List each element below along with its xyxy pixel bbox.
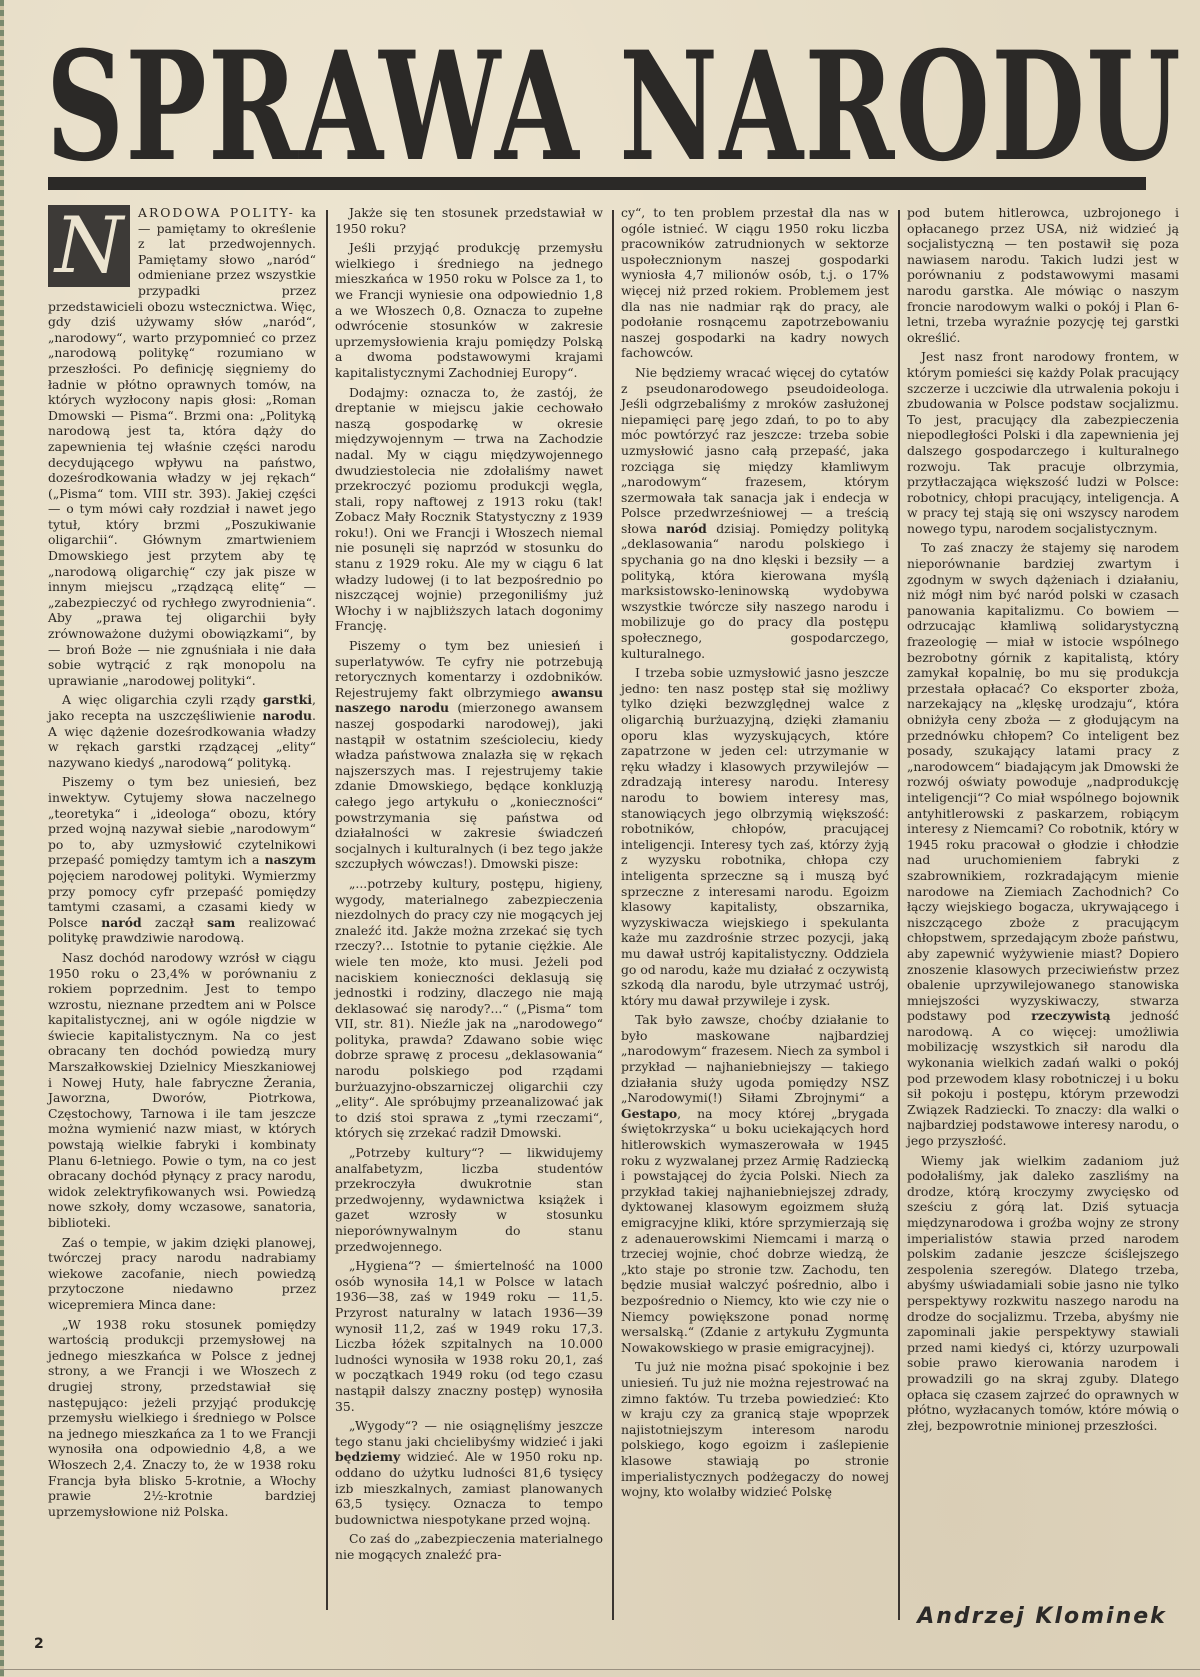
article-column-3: cy“, to ten problem przestał dla nas w o… xyxy=(621,205,889,1504)
page-bottom-edge xyxy=(0,1669,1200,1670)
column-divider xyxy=(612,210,614,1620)
paragraph: Jakże się ten stosunek przedstawiał w 19… xyxy=(335,205,603,236)
lead-caps: ARODOWA POLITY- xyxy=(138,205,295,220)
paragraph: Piszemy o tym bez uniesień, bez inwektyw… xyxy=(48,774,316,946)
emphasis: sam xyxy=(207,915,235,930)
paragraph: I trzeba sobie uzmysłowić jasno jeszcze … xyxy=(621,665,889,1008)
paragraph: Wiemy jak wielkim zadaniom już podołaliś… xyxy=(907,1153,1179,1434)
emphasis: naród xyxy=(666,521,707,536)
author-byline: Andrzej Klominek xyxy=(906,1604,1178,1629)
headline: SPRAWA NARODU xyxy=(46,42,838,172)
emphasis: garstki xyxy=(263,692,312,707)
paragraph: Nasz dochód narodowy wzrósł w ciągu 1950… xyxy=(48,950,316,1231)
paragraph: pod butem hitlerowca, uzbrojonego i opła… xyxy=(907,205,1179,345)
paragraph: Jeśli przyjąć produkcję przemysłu wielki… xyxy=(335,240,603,380)
quote-paragraph: „W 1938 roku stosunek pomiędzy wartością… xyxy=(48,1317,316,1520)
paragraph: Zaś o tempie, w jakim dzięki planowej, t… xyxy=(48,1235,316,1313)
paragraph: cy“, to ten problem przestał dla nas w o… xyxy=(621,205,889,361)
drop-cap: N xyxy=(48,205,130,287)
column-divider xyxy=(898,210,900,1620)
paragraph: Nie będziemy wracać więcej do cytatów z … xyxy=(621,365,889,661)
paragraph: Dodajmy: oznacza to, że zastój, że drept… xyxy=(335,385,603,635)
article-column-4: pod butem hitlerowca, uzbrojonego i opła… xyxy=(907,205,1179,1437)
paragraph: Piszemy o tym bez uniesień i superlatywó… xyxy=(335,638,603,872)
emphasis: naród xyxy=(101,915,142,930)
emphasis: awansu naszego narodu xyxy=(335,685,603,716)
binding-edge xyxy=(0,0,4,1677)
paragraph: „Hygiena“? — śmiertelność na 1000 osób w… xyxy=(335,1258,603,1414)
article-column-1: N ARODOWA POLITY- ka — pamiętamy to okre… xyxy=(48,205,316,1523)
paragraph: „Potrzeby kultury“? — likwidujemy analfa… xyxy=(335,1145,603,1254)
emphasis: naszym xyxy=(265,852,316,867)
emphasis: rzeczywistą xyxy=(1031,1008,1110,1023)
emphasis: będziemy xyxy=(335,1449,400,1464)
paragraph: „Wygody“? — nie osiągnęliśmy jeszcze teg… xyxy=(335,1418,603,1527)
article-column-2: Jakże się ten stosunek przedstawiał w 19… xyxy=(335,205,603,1566)
paragraph: Co zaś do „zabezpieczenia materialnego n… xyxy=(335,1531,603,1562)
quote-paragraph: „...potrzeby kultury, postępu, higieny, … xyxy=(335,876,603,1141)
paragraph: A więc oligarchia czyli rządy garstki, j… xyxy=(48,692,316,770)
paragraph: Tu już nie można pisać spokojnie i bez u… xyxy=(621,1359,889,1499)
paragraph: To zaś znaczy że stajemy się narodem nie… xyxy=(907,540,1179,1148)
page-number: 2 xyxy=(34,1636,44,1652)
emphasis: Gestapo xyxy=(621,1106,677,1121)
column-divider xyxy=(326,210,328,1610)
paragraph: Jest nasz front narodowy frontem, w któr… xyxy=(907,349,1179,536)
paragraph: Tak było zawsze, choćby działanie to był… xyxy=(621,1012,889,1355)
emphasis: narodu xyxy=(263,708,313,723)
headline-rule xyxy=(48,177,1146,190)
